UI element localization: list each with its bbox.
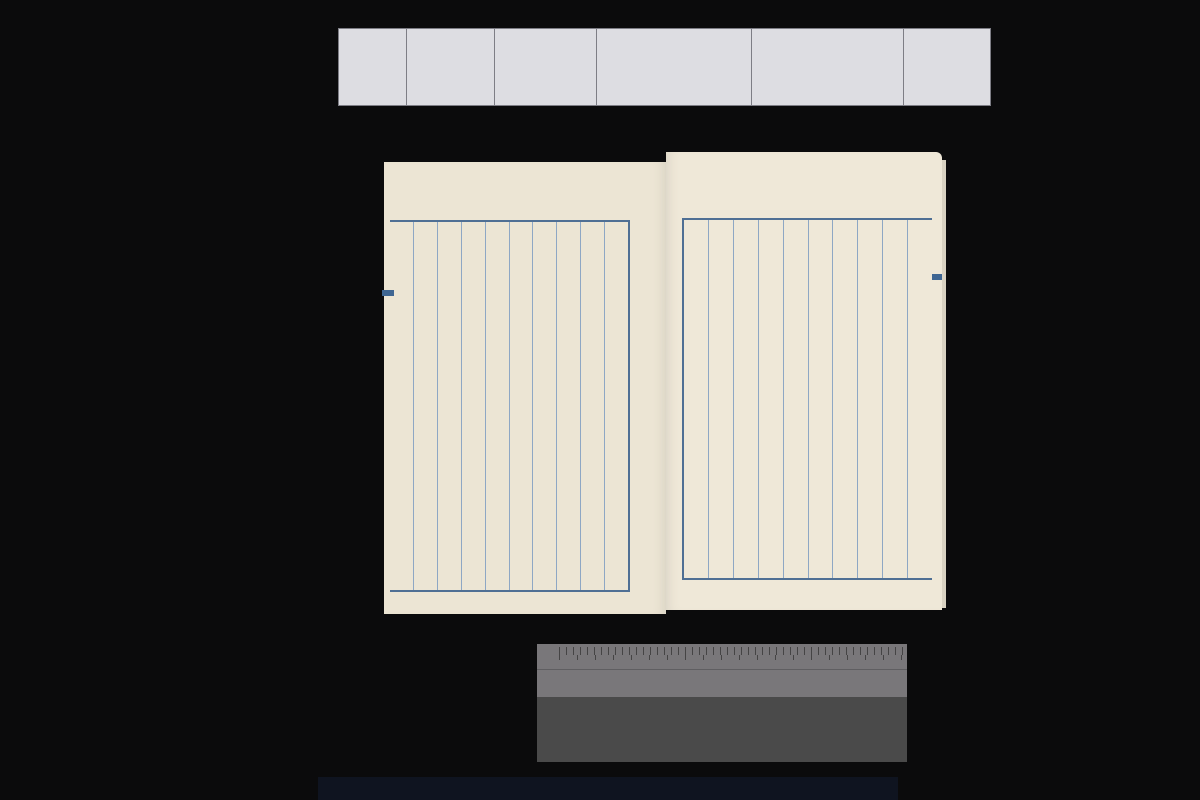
list-item — [414, 222, 438, 590]
left-page-grid — [390, 220, 630, 592]
right-page-tab — [932, 274, 946, 280]
list-item — [533, 222, 557, 590]
open-book — [384, 152, 942, 614]
left-page — [384, 162, 666, 614]
color-patches — [537, 697, 907, 762]
list-item — [684, 220, 709, 578]
catalog-title — [407, 29, 495, 106]
list-item — [883, 220, 908, 578]
ruler — [537, 644, 907, 670]
ruler-cm-ticks — [559, 655, 903, 660]
list-item — [833, 220, 858, 578]
catalog-recipient — [597, 29, 752, 106]
background-strip — [318, 777, 898, 800]
list-item — [709, 220, 734, 578]
list-item — [486, 222, 510, 590]
list-item — [462, 222, 486, 590]
list-item — [581, 222, 605, 590]
list-item — [605, 222, 628, 590]
list-item — [390, 222, 414, 590]
catalog-donor — [495, 29, 597, 106]
list-item — [759, 220, 784, 578]
list-item — [908, 220, 932, 578]
list-item — [858, 220, 883, 578]
list-item — [809, 220, 834, 578]
catalog-id — [339, 29, 407, 106]
list-item — [438, 222, 462, 590]
right-page-grid — [682, 218, 932, 580]
list-item — [784, 220, 809, 578]
catalog-format — [752, 29, 904, 106]
list-item — [734, 220, 759, 578]
catalog-label — [338, 28, 991, 106]
right-page — [666, 152, 942, 610]
catalog-size — [904, 29, 991, 106]
ruler-inch-ticks — [559, 647, 903, 655]
color-control-card — [537, 644, 907, 762]
list-item — [557, 222, 581, 590]
list-item — [510, 222, 534, 590]
